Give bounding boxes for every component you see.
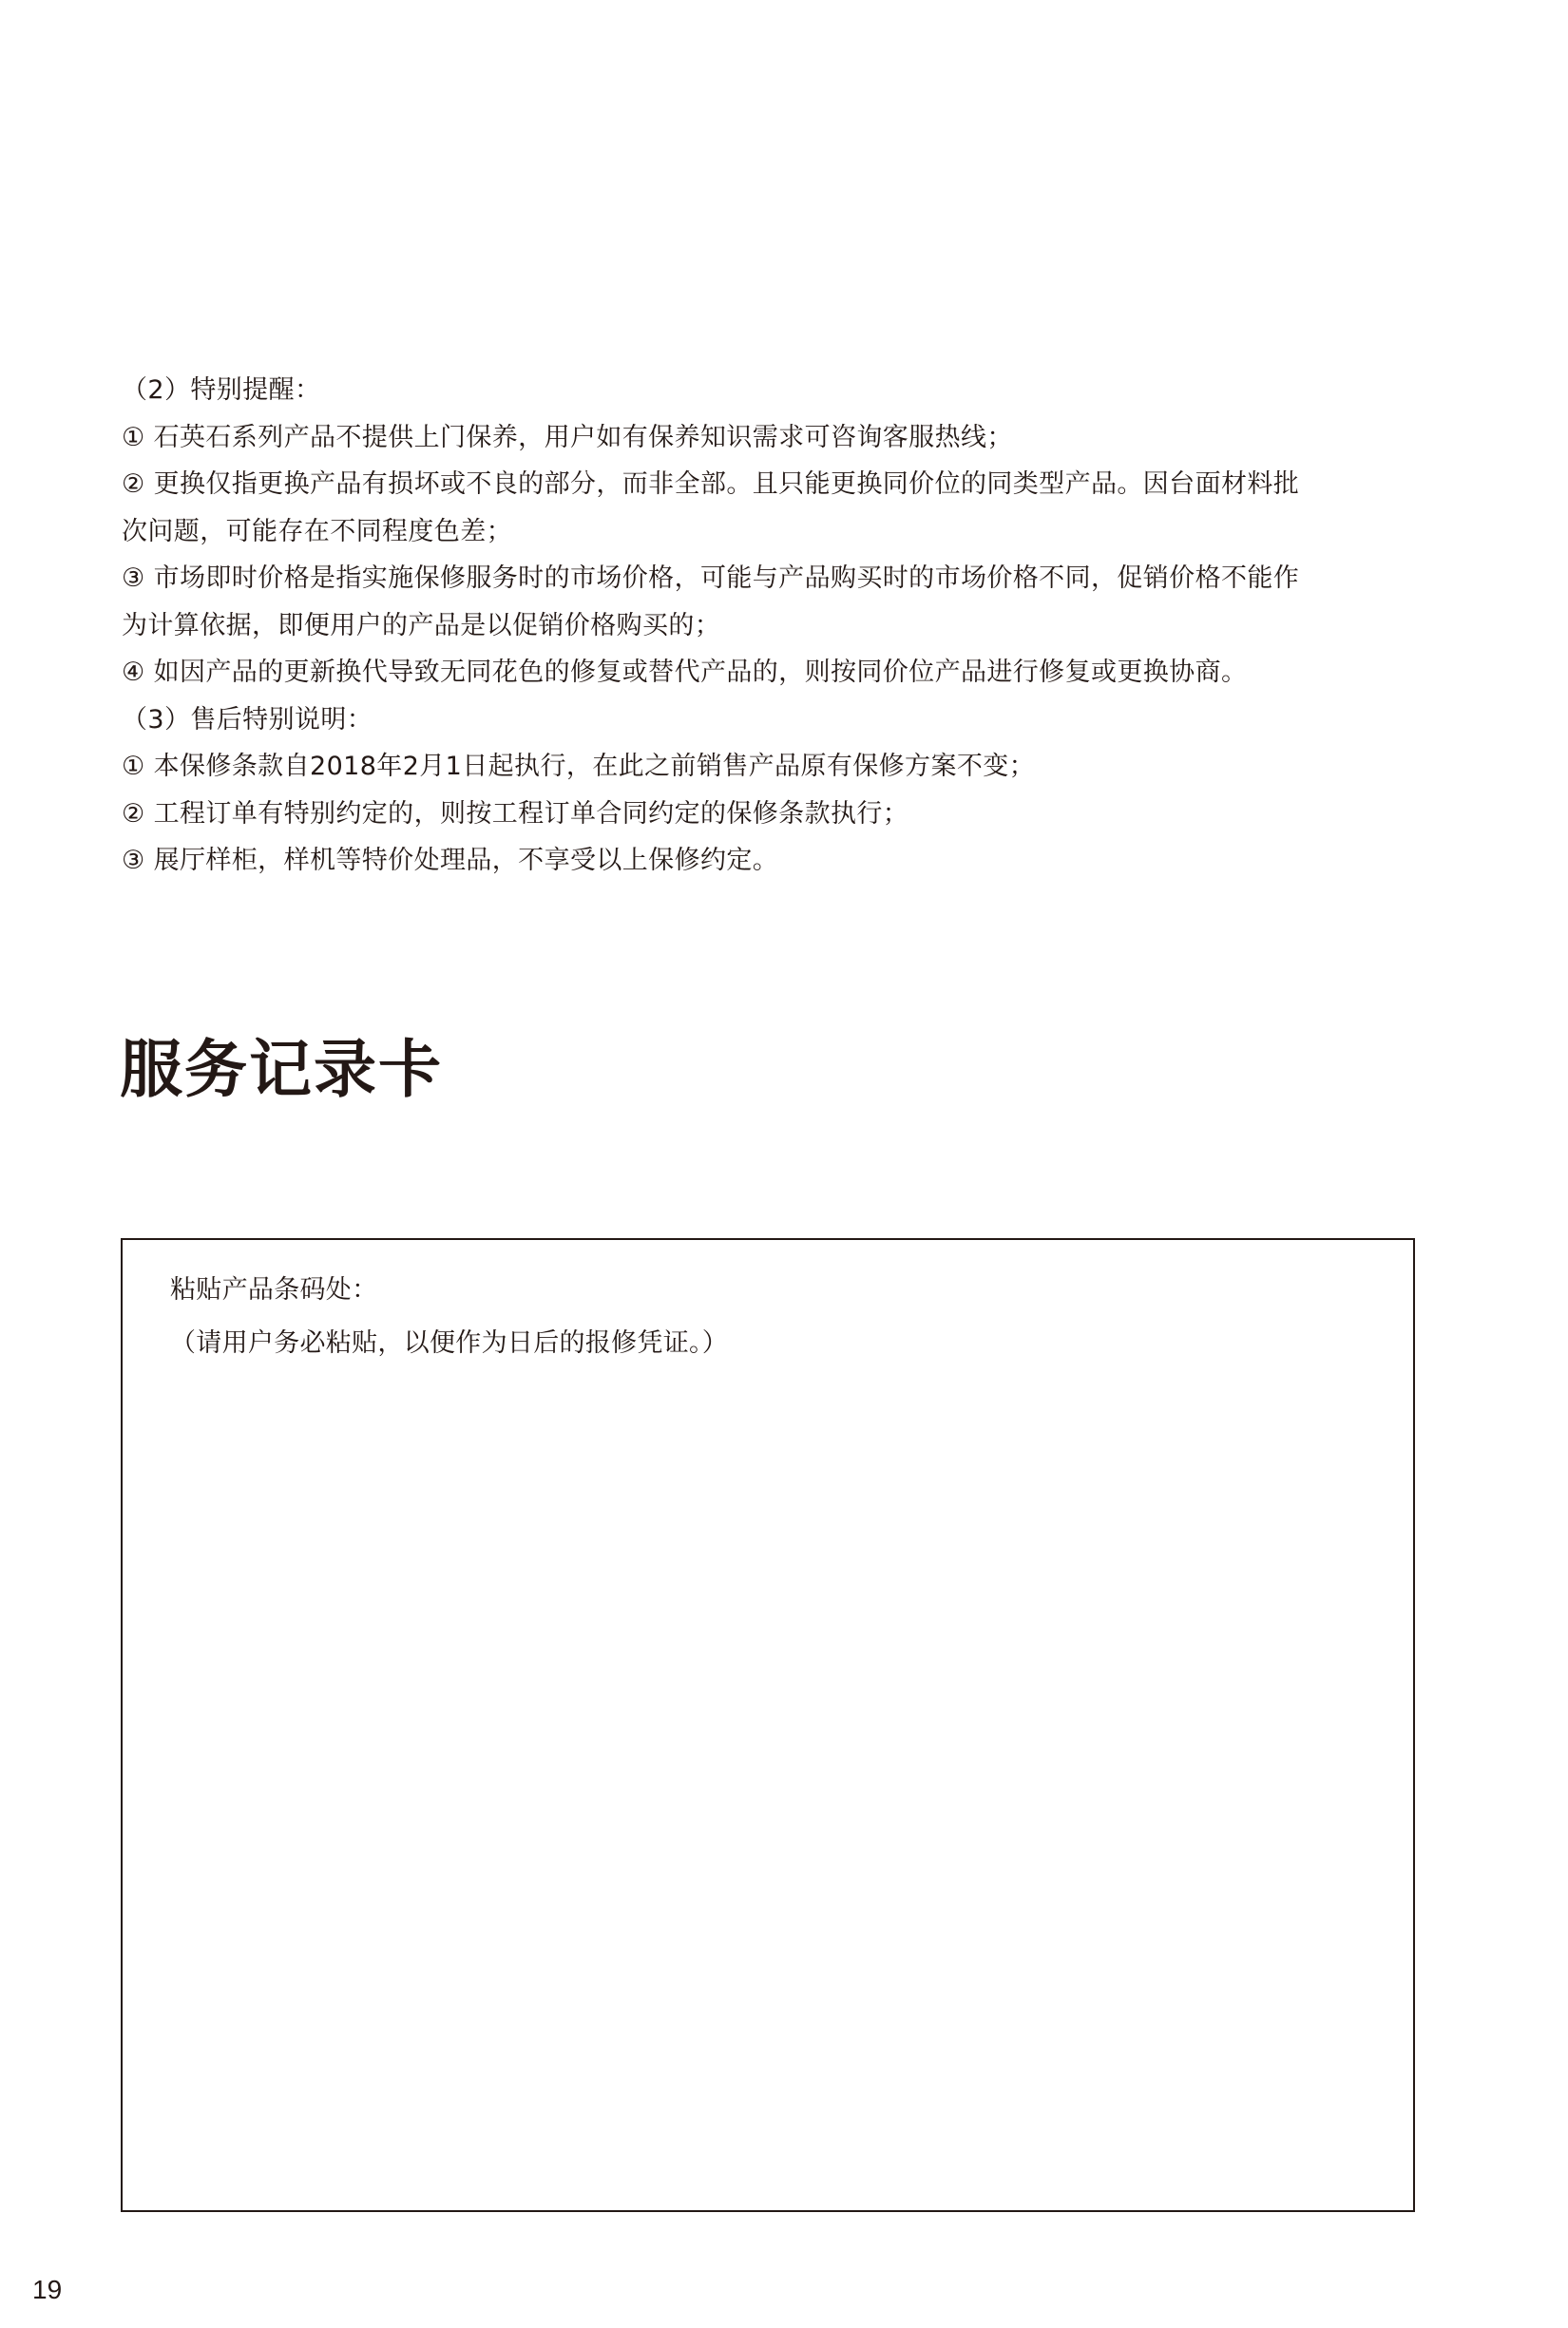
page-number: 19 <box>32 2275 62 2305</box>
special-reminder-item: ③ 市场即时价格是指实施保修服务时的市场价格，可能与产品购买时的市场价格不同，促… <box>122 555 1414 602</box>
special-reminder-item: ① 石英石系列产品不提供上门保养，用户如有保养知识需求可咨询客服热线； <box>122 414 1414 462</box>
barcode-label: 粘贴产品条码处： <box>170 1271 377 1309</box>
after-sales-item: ① 本保修条款自2018年2月1日起执行，在此之前销售产品原有保修方案不变； <box>122 743 1414 791</box>
special-reminder-item-continued: 次问题，可能存在不同程度色差； <box>122 508 1414 556</box>
special-reminder-item-continued: 为计算依据，即便用户的产品是以促销价格购买的； <box>122 602 1414 650</box>
after-sales-item: ② 工程订单有特别约定的，则按工程订单合同约定的保修条款执行； <box>122 791 1414 838</box>
special-reminder-item: ④ 如因产品的更新换代导致无同花色的修复或替代产品的，则按同价位产品进行修复或更… <box>122 649 1414 696</box>
after-sales-heading: （3）售后特别说明： <box>122 696 1414 744</box>
special-reminder-item: ② 更换仅指更换产品有损坏或不良的部分，而非全部。且只能更换同价位的同类型产品。… <box>122 461 1414 508</box>
warranty-notes: （2）特别提醒： ① 石英石系列产品不提供上门保养，用户如有保养知识需求可咨询客… <box>122 367 1414 885</box>
barcode-hint: （请用户务必粘贴，以便作为日后的报修凭证。） <box>170 1325 728 1363</box>
service-record-card-title: 服务记录卡 <box>120 1032 443 1108</box>
after-sales-item: ③ 展厅样柜，样机等特价处理品，不享受以上保修约定。 <box>122 837 1414 885</box>
special-reminder-heading: （2）特别提醒： <box>122 367 1414 414</box>
barcode-sticker-area: 粘贴产品条码处： （请用户务必粘贴，以便作为日后的报修凭证。） <box>121 1238 1415 2212</box>
